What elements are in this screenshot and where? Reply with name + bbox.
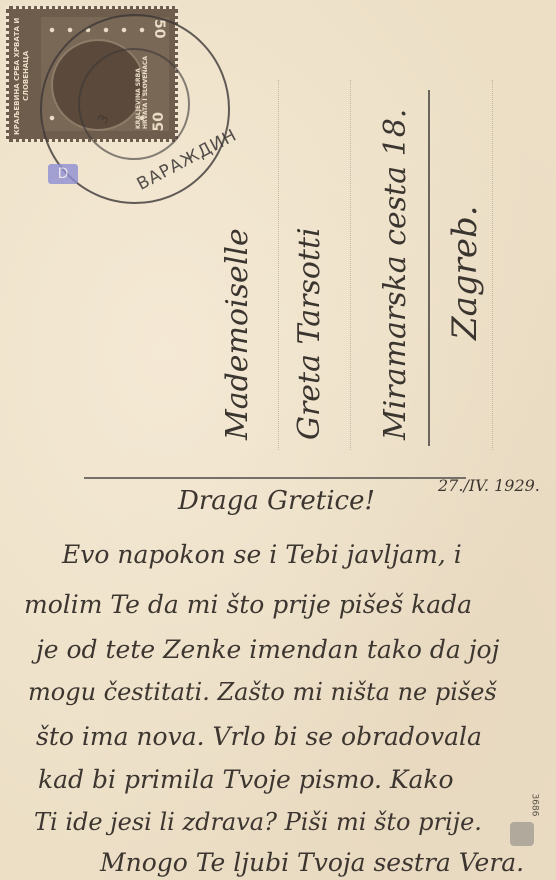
postmark-inner-ring: [78, 48, 190, 160]
stamp-country-text: КРАЉЕВИНА СРБА ХРВАТА И СЛОВЕНАЦА: [13, 17, 41, 135]
letter-signature: Mnogo Te ljubi Tvoja sestra Vera.: [100, 848, 524, 877]
address-guide-line: [350, 80, 351, 450]
letter-line: što ima nova. Vrlo bi se obradovala: [36, 722, 482, 751]
serial-number: 3686: [529, 794, 539, 817]
letter-line: kad bi primila Tvoje pismo. Kako: [38, 765, 454, 794]
letter-line: molim Te da mi što prije pišeš kada: [24, 590, 472, 619]
postcard: КРАЉЕВИНА СРБА ХРВАТА И СЛОВЕНАЦА KRALJE…: [0, 0, 556, 880]
letter-line: je od tete Zenke imendan tako da joj: [36, 635, 499, 664]
address-line-3: Miramarska cesta 18.: [378, 109, 413, 440]
address-line-4: Zagreb.: [445, 205, 485, 340]
letter-date: 27./IV. 1929.: [438, 476, 540, 495]
letter-line: Evo napokon se i Tebi javljam, i: [62, 540, 462, 569]
address-line-1: Mademoiselle: [220, 228, 255, 440]
address-guide-line: [492, 80, 493, 450]
address-line-2: Greta Tarsotti: [292, 227, 327, 440]
letter-line: mogu čestitati. Zašto mi ništa ne pišeš: [28, 678, 497, 706]
violet-ink-mark: D: [48, 164, 78, 184]
letter-line: Ti ide jesi li zdrava? Piši mi što prije…: [34, 808, 482, 836]
address-underline: [428, 90, 430, 446]
address-guide-line: [278, 80, 279, 450]
letter-greeting: Draga Gretice!: [178, 486, 375, 516]
gray-stamp-blot: [510, 822, 534, 846]
section-divider: [84, 477, 466, 479]
